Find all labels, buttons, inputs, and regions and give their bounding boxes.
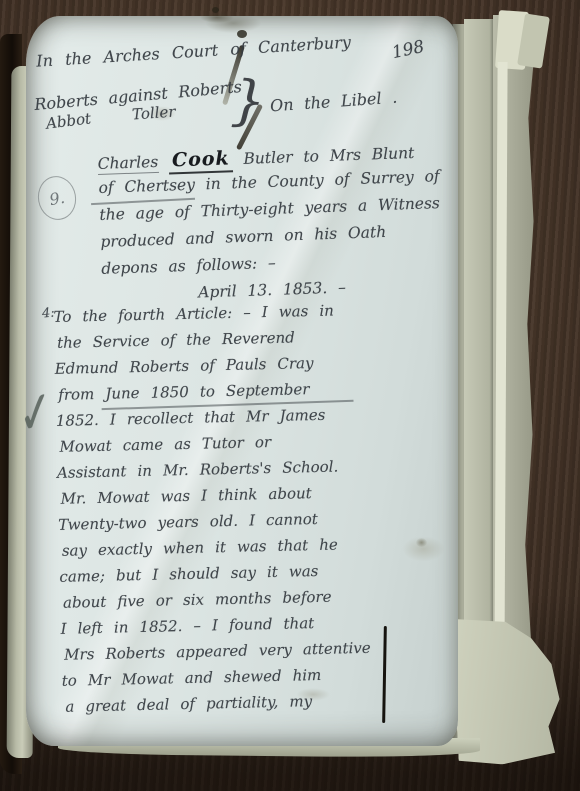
manuscript-photograph: In the Arches Court of Canterbury 198 Ro…: [0, 0, 580, 791]
brace-mark: }: [230, 73, 267, 129]
intro-line-rest: Butler to Mrs Blunt: [243, 144, 414, 168]
proctor-name-center: Toller: [131, 103, 176, 124]
deposition-body: To the fourth Article: – I was in the Se…: [53, 300, 402, 724]
checkmark: ✓: [15, 376, 56, 449]
ink-blot: [237, 30, 247, 38]
deponent-first-name: Charles: [97, 153, 158, 175]
deposition-intro: Charles Cook Butler to Mrs Blunt of Cher…: [97, 140, 442, 314]
ink-spot: [416, 538, 427, 547]
deponent-surname: Cook: [169, 147, 233, 174]
ink-spot: [212, 7, 219, 13]
stain: [200, 12, 234, 23]
